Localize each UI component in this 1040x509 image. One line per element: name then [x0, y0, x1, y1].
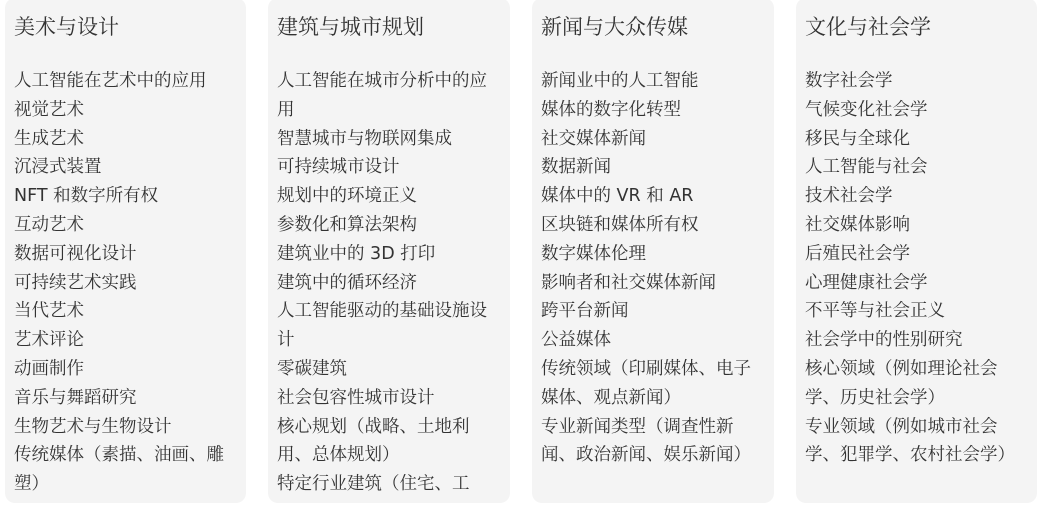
list-item: 零碳建筑 [277, 355, 501, 384]
list-item: 技术社会学 [805, 182, 1028, 211]
list-item: 人工智能在城市分析中的应用 [277, 67, 501, 125]
list-item: 视觉艺术 [14, 96, 237, 125]
topic-list: 数字社会学 气候变化社会学 移民与全球化 人工智能与社会 技术社会学 社交媒体影… [805, 67, 1028, 470]
card-architecture-urban-planning: 建筑与城市规划 人工智能在城市分析中的应用 智慧城市与物联网集成 可持续城市设计… [268, 0, 510, 503]
list-item: 不平等与社会正义 [805, 297, 1028, 326]
list-item: 后殖民社会学 [805, 240, 1028, 269]
card-journalism-mass-media: 新闻与大众传媒 新闻业中的人工智能 媒体的数字化转型 社交媒体新闻 数据新闻 媒… [532, 0, 774, 503]
topic-list: 新闻业中的人工智能 媒体的数字化转型 社交媒体新闻 数据新闻 媒体中的 VR 和… [541, 67, 765, 470]
list-item: 社交媒体新闻 [541, 125, 765, 154]
card-culture-sociology: 文化与社会学 数字社会学 气候变化社会学 移民与全球化 人工智能与社会 技术社会… [796, 0, 1037, 503]
list-item: 新闻业中的人工智能 [541, 67, 765, 96]
list-item: 建筑业中的 3D 打印 [277, 240, 501, 269]
list-item: 社交媒体影响 [805, 211, 1028, 240]
list-item: 人工智能与社会 [805, 153, 1028, 182]
list-item: 专业领域（例如城市社会学、犯罪学、农村社会学） [805, 413, 1028, 471]
list-item: 特定行业建筑（住宅、工 [277, 470, 501, 499]
list-item: 生物艺术与生物设计 [14, 413, 237, 442]
list-item: 传统媒体（素描、油画、雕塑） [14, 441, 237, 499]
list-item: 规划中的环境正义 [277, 182, 501, 211]
list-item: 媒体中的 VR 和 AR [541, 182, 765, 211]
list-item: 人工智能在艺术中的应用 [14, 67, 237, 96]
list-item: 动画制作 [14, 355, 237, 384]
list-item: 数字社会学 [805, 67, 1028, 96]
topic-columns: 美术与设计 人工智能在艺术中的应用 视觉艺术 生成艺术 沉浸式装置 NFT 和数… [5, 0, 1037, 503]
list-item: 互动艺术 [14, 211, 237, 240]
card-title: 建筑与城市规划 [277, 12, 501, 42]
list-item: 气候变化社会学 [805, 96, 1028, 125]
list-item: 区块链和媒体所有权 [541, 211, 765, 240]
list-item: 艺术评论 [14, 326, 237, 355]
card-title: 美术与设计 [14, 12, 237, 42]
topic-list: 人工智能在艺术中的应用 视觉艺术 生成艺术 沉浸式装置 NFT 和数字所有权 互… [14, 67, 237, 499]
list-item: 可持续城市设计 [277, 153, 501, 182]
list-item: 当代艺术 [14, 297, 237, 326]
topic-list: 人工智能在城市分析中的应用 智慧城市与物联网集成 可持续城市设计 规划中的环境正… [277, 67, 501, 499]
list-item: 数据新闻 [541, 153, 765, 182]
list-item: 核心领域（例如理论社会学、历史社会学） [805, 355, 1028, 413]
card-title: 新闻与大众传媒 [541, 12, 765, 42]
list-item: 建筑中的循环经济 [277, 269, 501, 298]
list-item: 社会学中的性别研究 [805, 326, 1028, 355]
list-item: 核心规划（战略、土地利用、总体规划） [277, 413, 501, 471]
card-title: 文化与社会学 [805, 12, 1028, 42]
list-item: 生成艺术 [14, 125, 237, 154]
list-item: 音乐与舞蹈研究 [14, 384, 237, 413]
list-item: 参数化和算法架构 [277, 211, 501, 240]
list-item: 跨平台新闻 [541, 297, 765, 326]
list-item: 传统领域（印刷媒体、电子媒体、观点新闻） [541, 355, 765, 413]
list-item: 人工智能驱动的基础设施设计 [277, 297, 501, 355]
list-item: 社会包容性城市设计 [277, 384, 501, 413]
list-item: 智慧城市与物联网集成 [277, 125, 501, 154]
list-item: 心理健康社会学 [805, 269, 1028, 298]
list-item: 数字媒体伦理 [541, 240, 765, 269]
list-item: 公益媒体 [541, 326, 765, 355]
list-item: 影响者和社交媒体新闻 [541, 269, 765, 298]
list-item: 专业新闻类型（调查性新闻、政治新闻、娱乐新闻） [541, 413, 765, 471]
list-item: NFT 和数字所有权 [14, 182, 237, 211]
list-item: 媒体的数字化转型 [541, 96, 765, 125]
list-item: 可持续艺术实践 [14, 269, 237, 298]
card-art-design: 美术与设计 人工智能在艺术中的应用 视觉艺术 生成艺术 沉浸式装置 NFT 和数… [5, 0, 246, 503]
list-item: 移民与全球化 [805, 125, 1028, 154]
list-item: 沉浸式装置 [14, 153, 237, 182]
list-item: 数据可视化设计 [14, 240, 237, 269]
